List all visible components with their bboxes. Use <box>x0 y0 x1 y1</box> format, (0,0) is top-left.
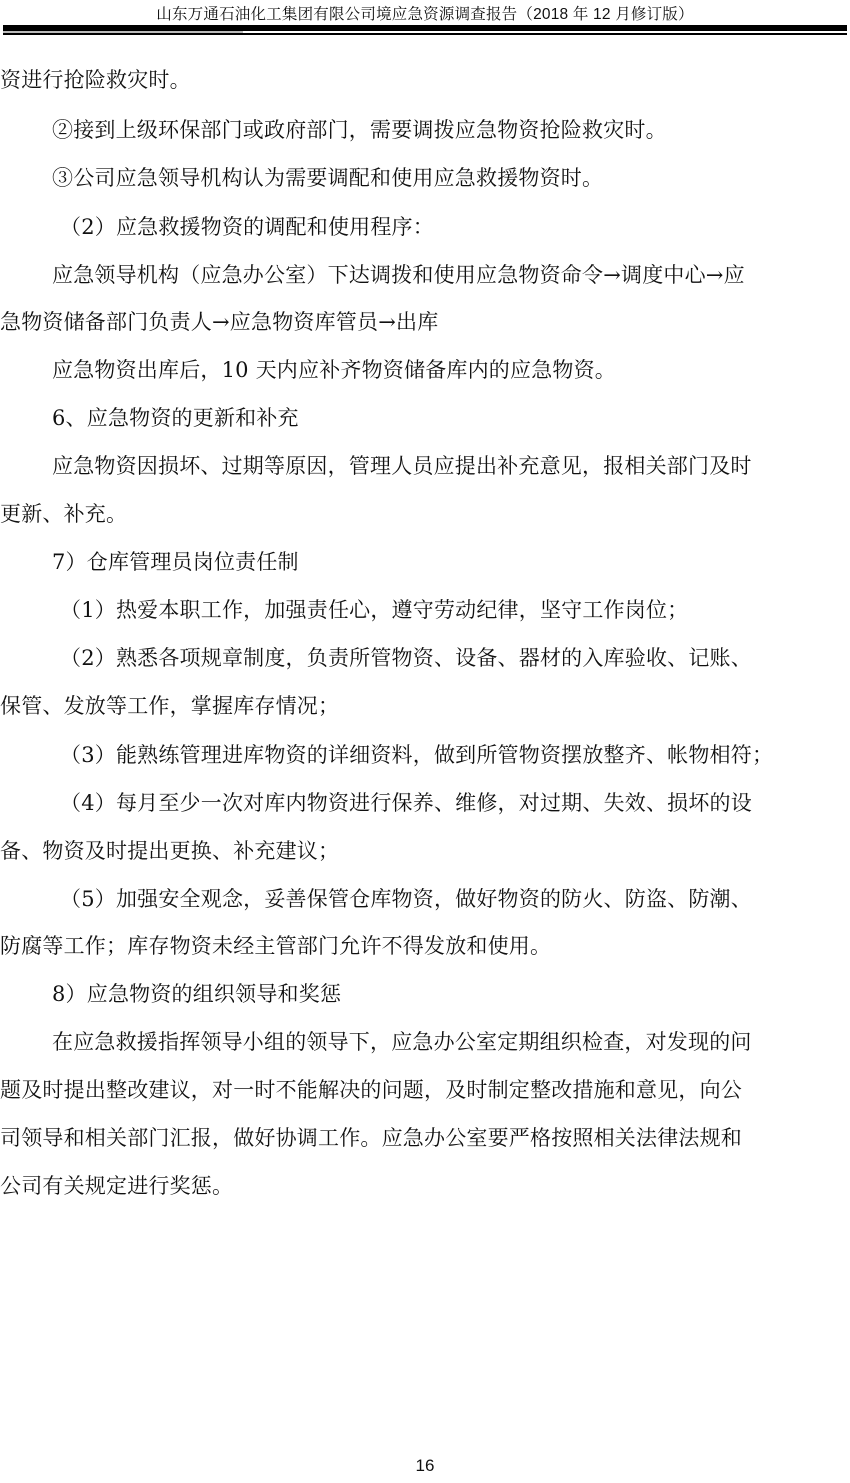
duty-item-3: （3）能熟练管理进库物资的详细资料，做到所管物资摆放整齐、帐物相符； <box>0 741 850 769</box>
list-item-2: ②接到上级环保部门或政府部门，需要调拨应急物资抢险救灾时。 <box>0 116 850 144</box>
leadership-paragraph-line3: 司领导和相关部门汇报，做好协调工作。应急办公室要严格按照相关法律法规和 <box>0 1124 850 1152</box>
duty-item-5-line1: （5）加强安全观念，妥善保管仓库物资，做好物资的防火、防盗、防潮、 <box>0 885 850 913</box>
procedure-flow-line1: 应急领导机构（应急办公室）下达调拨和使用应急物资命令→调度中心→应 <box>0 261 850 289</box>
duty-item-2-line2: 保管、发放等工作，掌握库存情况； <box>0 692 850 720</box>
duty-item-2-line1: （2）熟悉各项规章制度，负责所管物资、设备、器材的入库验收、记账、 <box>0 644 850 672</box>
procedure-flow-line2: 急物资储备部门负责人→应急物资库管员→出库 <box>0 308 850 336</box>
duty-item-1: （1）热爱本职工作，加强责任心，遵守劳动纪律，坚守工作岗位； <box>0 596 850 624</box>
leadership-paragraph-line1: 在应急救援指挥领导小组的领导下，应急办公室定期组织检查，对发现的问 <box>0 1028 850 1056</box>
update-paragraph-line1: 应急物资因损坏、过期等原因，管理人员应提出补充意见，报相关部门及时 <box>0 452 850 480</box>
duty-item-4-line2: 备、物资及时提出更换、补充建议； <box>0 837 850 865</box>
restock-paragraph: 应急物资出库后，10 天内应补齐物资储备库内的应急物资。 <box>0 356 850 384</box>
header-rule-thin <box>3 33 847 35</box>
page-number: 16 <box>0 1456 850 1476</box>
section-heading-7: 7）仓库管理员岗位责任制 <box>0 548 850 576</box>
section-heading-8: 8）应急物资的组织领导和奖惩 <box>0 980 850 1008</box>
section-heading-6: 6、应急物资的更新和补充 <box>0 404 850 432</box>
header-title: 山东万通石油化工集团有限公司境应急资源调查报告（2018 年 12 月修订版） <box>0 2 850 24</box>
duty-item-5-line2: 防腐等工作；库存物资未经主管部门允许不得发放和使用。 <box>0 932 850 960</box>
list-item-3: ③公司应急领导机构认为需要调配和使用应急救援物资时。 <box>0 164 850 192</box>
leadership-paragraph-line4: 公司有关规定进行奖惩。 <box>0 1172 850 1200</box>
paragraph-continuation: 资进行抢险救灾时。 <box>0 66 850 94</box>
subheading-procedure: （2）应急救援物资的调配和使用程序： <box>0 213 850 241</box>
update-paragraph-line2: 更新、补充。 <box>0 500 850 528</box>
leadership-paragraph-line2: 题及时提出整改建议，对一时不能解决的问题，及时制定整改措施和意见，向公 <box>0 1076 850 1104</box>
duty-item-4-line1: （4）每月至少一次对库内物资进行保养、维修，对过期、失效、损坏的设 <box>0 789 850 817</box>
